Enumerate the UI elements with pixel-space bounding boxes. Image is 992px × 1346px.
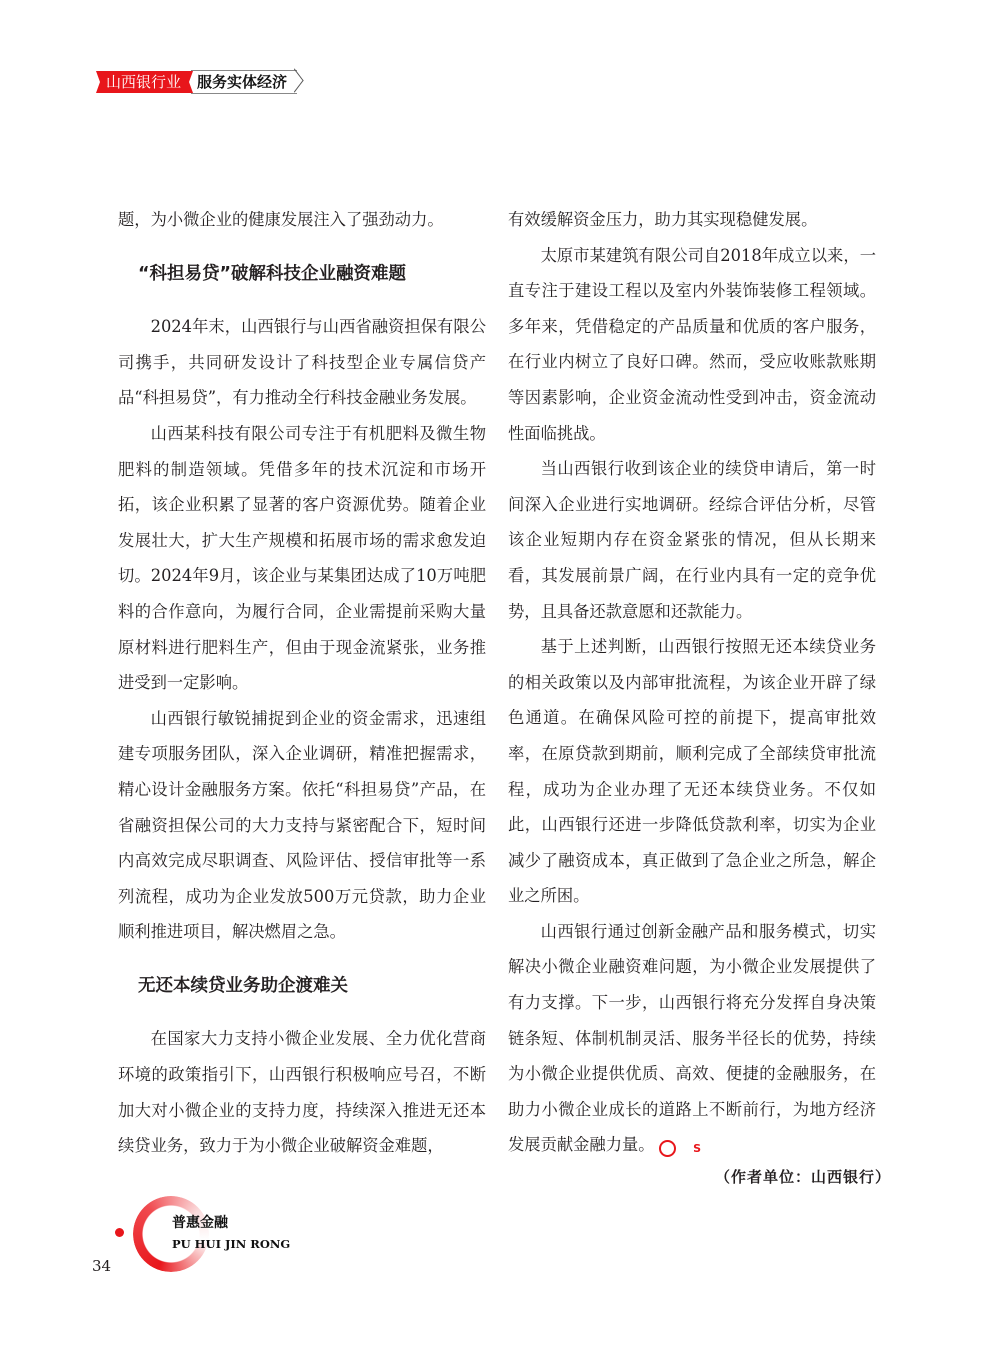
section-header: 山西银行业 服务实体经济 [96, 70, 297, 94]
footer-dot-icon [115, 1228, 124, 1237]
section-heading: “科担易贷”破解科技企业融资难题 [118, 257, 486, 293]
end-mark-icon: S [659, 1140, 676, 1157]
section-heading: 无还本续贷业务助企渡难关 [118, 969, 486, 1005]
paragraph: 有效缓解资金压力，助力其实现稳健发展。 [508, 202, 876, 238]
right-column: 有效缓解资金压力，助力其实现稳健发展。 太原市某建筑有限公司自2018年成立以来… [508, 202, 876, 1163]
paragraph: 当山西银行收到该企业的续贷申请后，第一时间深入企业进行实地调研。经综合评估分析，… [508, 451, 876, 629]
page-number: 34 [92, 1257, 111, 1275]
author-affiliation: （作者单位：山西银行） [715, 1166, 891, 1187]
paragraph-text: 山西银行通过创新金融产品和服务模式，切实解决小微企业融资难问题，为小微企业发展提… [508, 922, 876, 1155]
magazine-name-en: PU HUI JIN RONG [172, 1237, 290, 1251]
subsection-label: 服务实体经济 [191, 70, 297, 94]
paragraph: 在国家大力支持小微企业发展、全力优化营商环境的政策指引下，山西银行积极响应号召，… [118, 1021, 486, 1163]
footer-ring-logo-icon [133, 1196, 209, 1272]
paragraph: 基于上述判断，山西银行按照无还本续贷业务的相关政策以及内部审批流程，为该企业开辟… [508, 629, 876, 914]
paragraph: 题，为小微企业的健康发展注入了强劲动力。 [118, 202, 486, 238]
left-column: 题，为小微企业的健康发展注入了强劲动力。 “科担易贷”破解科技企业融资难题 20… [118, 202, 486, 1164]
section-label: 山西银行业 [96, 71, 193, 93]
paragraph: 山西某科技有限公司专注于有机肥料及微生物肥料的制造领域。凭借多年的技术沉淀和市场… [118, 416, 486, 701]
magazine-name-cn: 普惠金融 [172, 1212, 228, 1232]
paragraph-final: 山西银行通过创新金融产品和服务模式，切实解决小微企业融资难问题，为小微企业发展提… [508, 914, 876, 1163]
paragraph: 2024年末，山西银行与山西省融资担保有限公司携手，共同研发设计了科技型企业专属… [118, 309, 486, 416]
paragraph: 山西银行敏锐捕捉到企业的资金需求，迅速组建专项服务团队，深入企业调研，精准把握需… [118, 701, 486, 950]
paragraph: 太原市某建筑有限公司自2018年成立以来，一直专注于建设工程以及室内外装饰装修工… [508, 238, 876, 452]
